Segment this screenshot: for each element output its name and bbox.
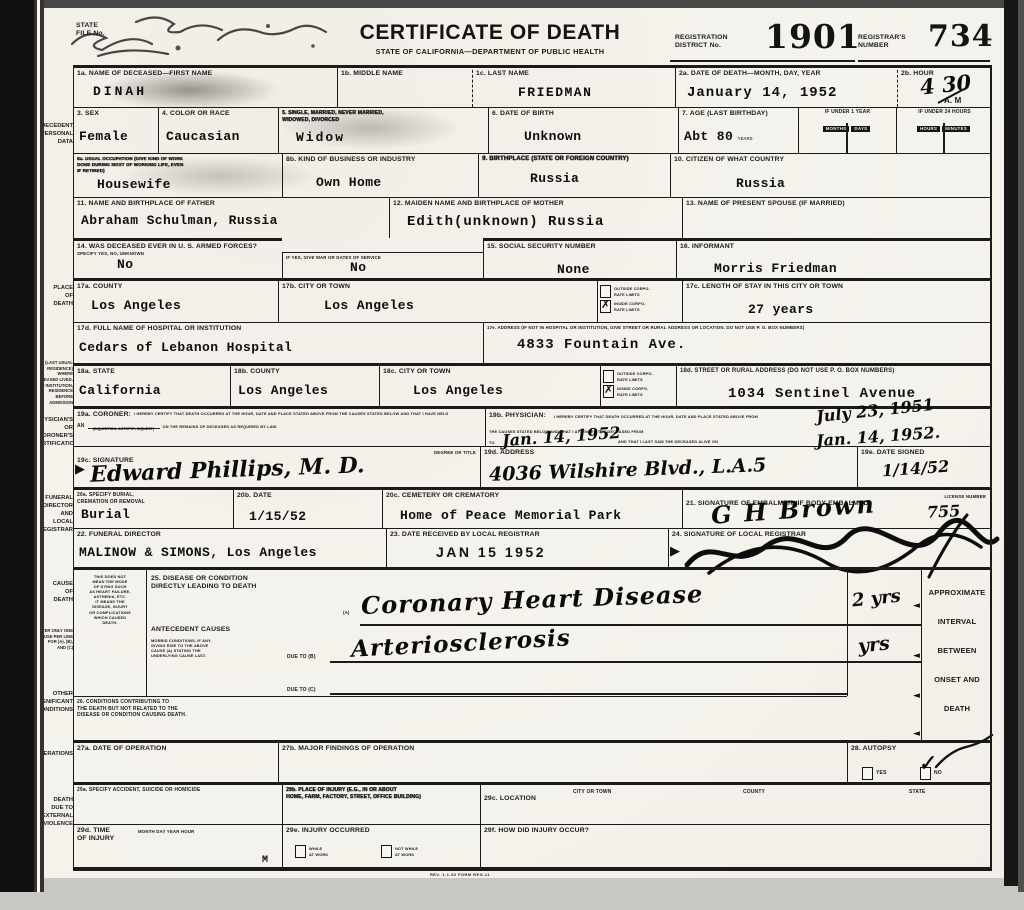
field-19c: 19c. SIGNATURE DEGREE OR TITLE ▶ Edward …: [73, 446, 480, 487]
signature-arrow-19c: ▶: [75, 463, 85, 476]
field-16-label: 16. INFORMANT: [680, 243, 989, 251]
field-4: 4. COLOR OR RACE Caucasian: [158, 107, 278, 153]
field-1a-label: 1a. NAME OF DECEASED—FIRST NAME: [77, 70, 334, 78]
field-17a-value: Los Angeles: [91, 299, 275, 314]
field-18a-label: 18a. STATE: [77, 368, 227, 376]
field-4-label: 4. COLOR OR RACE: [162, 110, 275, 118]
cause-c-underline: [330, 693, 847, 695]
scan-border-left: [0, 0, 34, 910]
antecedent-note: MORBID CONDITIONS, IF ANY, GIVING RISE T…: [151, 638, 212, 658]
field-2b-ampm: A. M: [944, 96, 962, 106]
field-4-value: Caucasian: [166, 130, 275, 145]
field-22-label: 22. FUNERAL DIRECTOR: [77, 531, 383, 539]
field-29c: 29c. LOCATION CITY OR TOWN COUNTY STATE: [480, 782, 992, 824]
field-17e-value: 4833 Fountain Ave.: [517, 337, 989, 353]
field-1c: 1c. LAST NAME FRIEDMAN: [472, 65, 675, 107]
registrar-number-label: REGISTRAR'S NUMBER: [858, 34, 906, 51]
field-17c: 17c. LENGTH OF STAY IN THIS CITY OR TOWN…: [682, 278, 992, 322]
checkbox-not-while-at-work: [381, 845, 392, 858]
due-to-c-label: DUE TO (C): [287, 687, 316, 694]
field-9-value: Russia: [530, 172, 667, 187]
field-19e-label: 19e. DATE SIGNED: [861, 449, 989, 457]
field-1a: 1a. NAME OF DECEASED—FIRST NAME DINAH: [73, 65, 337, 107]
scanned-death-certificate: STATE FILE No. CERTIFICATE OF DEATH STAT…: [0, 0, 1024, 910]
field-11-value: Abraham Schulman, Russia: [81, 214, 386, 229]
scan-white-line: [37, 0, 40, 892]
field-11: 11. NAME AND BIRTHPLACE OF FATHER Abraha…: [73, 197, 389, 238]
checkbox-autopsy-yes: [862, 767, 873, 780]
field-18c-value: Los Angeles: [413, 384, 597, 399]
field-27a-label: 27a. DATE OF OPERATION: [77, 745, 275, 753]
interval-value-column: 2 yrs yrs: [847, 567, 921, 696]
field-29c-label: 29c. LOCATION: [484, 795, 536, 803]
field-24: 24. SIGNATURE OF LOCAL REGISTRAR ▶: [668, 528, 992, 567]
under-1-year-label: IF UNDER 1 YEAR: [801, 109, 894, 116]
field-17b-value: Los Angeles: [324, 299, 594, 314]
field-29f-label: 29f. HOW DID INJURY OCCUR?: [484, 827, 989, 835]
field-15: 15. SOCIAL SECURITY NUMBER None: [483, 238, 676, 278]
field-8b-label: 8b. KIND OF BUSINESS OR INDUSTRY: [286, 156, 475, 164]
field-8a-label: 8a. USUAL OCCUPATION (GIVE KIND OF WORK …: [77, 156, 279, 174]
field-23-label: 23. DATE RECEIVED BY LOCAL REGISTRAR: [390, 531, 665, 539]
scan-border-top: [0, 0, 1024, 8]
field-7: 7. AGE (LAST BIRTHDAY) Abt 80 YEARS: [678, 107, 798, 153]
field-1b: 1b. MIDDLE NAME: [337, 65, 472, 107]
field-20a-value: Burial: [81, 508, 230, 523]
cause-a-value: Coronary Heart Disease: [361, 582, 704, 618]
days-header: DAYS: [851, 126, 870, 133]
field-3-value: Female: [79, 130, 155, 145]
antecedent-title: ANTECEDENT CAUSES: [151, 626, 230, 634]
field-5: 5. SINGLE, MARRIED, NEVER MARRIED, WIDOW…: [278, 107, 488, 153]
field-13: 13. NAME OF PRESENT SPOUSE (IF MARRIED): [682, 197, 992, 238]
field-17b-label: 17b. CITY OR TOWN: [282, 283, 594, 291]
field-10-label: 10. CITIZEN OF WHAT COUNTRY: [674, 156, 989, 164]
field-2b-value: 4 30: [919, 71, 972, 97]
inside-corporate-label-17: INSIDE CORPO- RATE LIMITS: [614, 301, 646, 311]
field-15-value: None: [557, 263, 673, 278]
field-29d-columns: MONTH DAY YEAR HOUR: [138, 829, 194, 835]
field-6-label: 6. DATE OF BIRTH: [492, 110, 675, 118]
field-18d: 18d. STREET OR RURAL ADDRESS (DO NOT USE…: [676, 363, 992, 406]
scan-border-bottom: [0, 892, 1024, 910]
field-8a: 8a. USUAL OCCUPATION (GIVE KIND OF WORK …: [73, 153, 282, 197]
cause-main: 25. DISEASE OR CONDITION DIRECTLY LEADIN…: [146, 567, 847, 696]
checkbox-outside-corporate-17: [600, 285, 611, 298]
field-20a: 20a. SPECIFY BURIAL, CREMATION OR REMOVA…: [73, 487, 233, 528]
field-20c-value: Home of Peace Memorial Park: [400, 509, 679, 524]
field-2b: 2b. HOUR 4 30 A. M: [897, 65, 992, 107]
field-20c-label: 20c. CEMETERY OR CREMATORY: [386, 492, 679, 500]
field-18a: 18a. STATE California: [73, 363, 230, 406]
autopsy-check-swoosh: [934, 733, 994, 769]
corporate-limits-17: OUTSIDE CORPO- RATE LIMITS ✗INSIDE CORPO…: [597, 278, 682, 322]
field-19a-tail: ON THE REMAINS OF DECEASED AS REQUIRED B…: [163, 424, 278, 429]
field-7-years-suffix: YEARS: [738, 136, 753, 141]
field-27b-label: 27b. MAJOR FINDINGS OF OPERATION: [282, 745, 844, 753]
header-rule: [670, 60, 855, 62]
location-county-label: COUNTY: [743, 789, 765, 796]
field-19b-text3: AND THAT I LAST SAW THE DECEASED ALIVE O…: [618, 439, 778, 444]
field-10-value: Russia: [736, 177, 989, 192]
scan-border-right: [1004, 0, 1018, 886]
field-8a-value: Housewife: [97, 178, 279, 193]
field-12: 12. MAIDEN NAME AND BIRTHPLACE OF MOTHER…: [389, 197, 682, 238]
field-18b: 18b. COUNTY Los Angeles: [230, 363, 379, 406]
interval-heading-column: APPROXIMATE INTERVAL BETWEEN ONSET AND D…: [921, 567, 992, 740]
field-19d: 19d. ADDRESS 4036 Wilshire Blvd., L.A.5: [480, 446, 857, 487]
degree-or-title-label: DEGREE OR TITLE: [434, 450, 476, 456]
field-9: 9. BIRTHPLACE (STATE OR FOREIGN COUNTRY)…: [478, 153, 670, 197]
field-19b-to-label: TO: [489, 440, 495, 445]
field-13-label: 13. NAME OF PRESENT SPOUSE (IF MARRIED): [686, 200, 989, 208]
field-20a-label: 20a. SPECIFY BURIAL, CREMATION OR REMOVA…: [77, 492, 230, 505]
field-27b: 27b. MAJOR FINDINGS OF OPERATION: [278, 740, 847, 782]
hours-header: HOURS: [917, 126, 940, 133]
checkbox-inside-corporate-18: ✗: [603, 385, 614, 398]
field-22-value: MALINOW & SIMONS, Los Angeles: [79, 546, 383, 561]
field-20b: 20b. DATE 1/15/52: [233, 487, 382, 528]
field-14-sub1: SPECIFY YES, NO, UNKNOWN: [77, 251, 279, 257]
field-5-value: Widow: [296, 131, 485, 146]
field-6: 6. DATE OF BIRTH Unknown: [488, 107, 678, 153]
field-17d-label: 17d. FULL NAME OF HOSPITAL OR INSTITUTIO…: [77, 325, 480, 333]
field-1a-value: DINAH: [93, 85, 334, 100]
field-1c-label: 1c. LAST NAME: [476, 70, 672, 78]
field-3: 3. SEX Female: [73, 107, 158, 153]
date-received-stamp: JAN 15 1952: [436, 545, 665, 559]
form-revision-note: REV. 1-1-52 FORM REG-11: [430, 872, 490, 877]
interval-a-value: 2 yrs: [851, 587, 901, 610]
cause-note-column: THIS DOES NOT MEAN THE MODE OF DYING SUC…: [73, 567, 146, 696]
location-city-label: CITY OR TOWN: [573, 789, 612, 796]
field-23: 23. DATE RECEIVED BY LOCAL REGISTRAR JAN…: [386, 528, 668, 567]
form-bottom-rule: [73, 867, 992, 871]
field-14b: IF YES, GIVE WAR OR DATES OF SERVICE No: [282, 252, 483, 278]
field-14-value2: No: [350, 261, 480, 276]
state-file-label: STATE FILE No.: [76, 22, 105, 39]
inside-corporate-label-18: INSIDE CORPO- RATE LIMITS: [617, 386, 649, 396]
field-3-label: 3. SEX: [77, 110, 155, 118]
field-22: 22. FUNERAL DIRECTOR MALINOW & SIMONS, L…: [73, 528, 386, 567]
field-14: 14. WAS DECEASED EVER IN U. S. ARMED FOR…: [73, 238, 282, 278]
field-7-label: 7. AGE (LAST BIRTHDAY): [682, 110, 795, 118]
field-10: 10. CITIZEN OF WHAT COUNTRY Russia: [670, 153, 992, 197]
field-11-label: 11. NAME AND BIRTHPLACE OF FATHER: [77, 200, 386, 208]
field-19a-an: AN: [77, 423, 85, 430]
field-19b-text1: I HEREBY CERTIFY THAT DEATH OCCURRED AT …: [554, 414, 804, 419]
cause-b-underline: [330, 661, 847, 663]
due-to-b-label: DUE TO (B): [287, 654, 316, 661]
interval-b-value: yrs: [857, 634, 891, 656]
outside-corporate-label-18: OUTSIDE CORPO- RATE LIMITS: [617, 371, 653, 381]
field-14-value1: No: [117, 258, 279, 273]
license-number-label: LICENSE NUMBER: [944, 494, 986, 500]
field-9-label: 9. BIRTHPLACE (STATE OR FOREIGN COUNTRY): [482, 156, 667, 164]
minutes-header: MINUTES: [942, 126, 970, 133]
field-29b: 29b. PLACE OF INJURY (E.G., IN OR ABOUT …: [282, 782, 480, 824]
field-19a: 19a. CORONER: I HEREBY CERTIFY THAT DEAT…: [73, 406, 485, 446]
header-rule: [858, 60, 990, 62]
field-16: 16. INFORMANT Morris Friedman: [676, 238, 992, 278]
grid-line: [846, 123, 848, 153]
field-29a-label: 29a. SPECIFY ACCIDENT, SUICIDE OR HOMICI…: [77, 787, 279, 794]
field-20b-label: 20b. DATE: [237, 492, 379, 500]
injury-not-at-work-option: NOT WHILE AT WORK: [381, 845, 418, 858]
field-17e: 17e. ADDRESS (IF NOT IN HOSPITAL OR INST…: [483, 322, 992, 363]
field-19e: 19e. DATE SIGNED 1/14/52: [857, 446, 992, 487]
x-mark: ✗: [604, 384, 613, 395]
field-1b-label: 1b. MIDDLE NAME: [341, 70, 469, 78]
field-18b-value: Los Angeles: [238, 384, 376, 399]
registration-district-number: 1901: [765, 20, 861, 53]
interval-arrow-c: ◄: [913, 692, 920, 701]
field-29d: 29d. TIME OF INJURY MONTH DAY YEAR HOUR …: [73, 824, 282, 867]
field-19a-label: 19a. CORONER:: [77, 411, 131, 419]
field-17a: 17a. COUNTY Los Angeles: [73, 278, 278, 322]
field-17d-value: Cedars of Lebanon Hospital: [79, 341, 480, 356]
field-20b-value: 1/15/52: [249, 510, 379, 525]
field-19d-label: 19d. ADDRESS: [484, 449, 854, 457]
field-26: 26. CONDITIONS CONTRIBUTING TO THE DEATH…: [73, 696, 847, 740]
certificate-subtitle: STATE OF CALIFORNIA—DEPARTMENT OF PUBLIC…: [290, 48, 690, 55]
autopsy-yes-label: YES: [876, 770, 886, 777]
autopsy-yes-option: YES: [862, 767, 886, 780]
cause-a-tag: (A): [343, 610, 350, 616]
interval-arrow-a: ◄: [913, 602, 920, 611]
inquest-note: (INQUISITION, AUTOPSY, INQUEST): [88, 428, 160, 432]
field-29e-label: 29e. INJURY OCCURRED: [286, 827, 477, 835]
field-2a-value: January 14, 1952: [687, 85, 894, 101]
field-12-label: 12. MAIDEN NAME AND BIRTHPLACE OF MOTHER: [393, 200, 679, 208]
field-17b: 17b. CITY OR TOWN Los Angeles: [278, 278, 597, 322]
field-19b: 19b. PHYSICIAN: I HEREBY CERTIFY THAT DE…: [485, 406, 992, 446]
field-17c-value: 27 years: [748, 303, 989, 318]
interval-arrow-b: ◄: [913, 652, 920, 661]
date-signed-value: 1/14/52: [882, 459, 950, 480]
interval-arrow-d: ◄: [913, 730, 920, 739]
location-state-label: STATE: [909, 789, 925, 796]
field-29d-label: 29d. TIME OF INJURY: [77, 827, 114, 844]
field-2a: 2a. DATE OF DEATH—MONTH, DAY, YEAR Janua…: [675, 65, 897, 107]
cause-note: THIS DOES NOT MEAN THE MODE OF DYING SUC…: [76, 574, 144, 625]
field-17a-label: 17a. COUNTY: [77, 283, 275, 291]
field-18d-label: 18d. STREET OR RURAL ADDRESS (DO NOT USE…: [680, 368, 989, 376]
under-24-hours-label: IF UNDER 24 HOURS: [899, 109, 990, 116]
field-29f: 29f. HOW DID INJURY OCCUR?: [480, 824, 992, 867]
cause-a-underline: [360, 624, 847, 626]
field-20c: 20c. CEMETERY OR CREMATORY Home of Peace…: [382, 487, 682, 528]
field-25-label: 25. DISEASE OR CONDITION DIRECTLY LEADIN…: [151, 575, 256, 592]
field-18c-label: 18c. CITY OR TOWN: [383, 368, 597, 376]
interval-rule: [847, 624, 921, 626]
scan-border-right-outer: [1018, 0, 1024, 910]
field-2a-label: 2a. DATE OF DEATH—MONTH, DAY, YEAR: [679, 70, 894, 78]
field-29d-stray-mark: M: [262, 855, 268, 867]
certificate-paper: STATE FILE No. CERTIFICATE OF DEATH STAT…: [30, 6, 1006, 878]
field-18d-value: 1034 Sentinel Avenue: [728, 386, 989, 402]
field-17e-label: 17e. ADDRESS (IF NOT IN HOSPITAL OR INST…: [487, 325, 967, 331]
field-17c-label: 17c. LENGTH OF STAY IN THIS CITY OR TOWN: [686, 283, 989, 291]
field-19b-label: 19b. PHYSICIAN:: [489, 412, 546, 420]
checkbox-outside-corporate-18: [603, 370, 614, 383]
physician-address: 4036 Wilshire Blvd., L.A.5: [489, 456, 767, 485]
field-26-label: 26. CONDITIONS CONTRIBUTING TO THE DEATH…: [77, 699, 844, 719]
field-8b-value: Own Home: [316, 176, 475, 191]
checkbox-while-at-work: [295, 845, 306, 858]
field-16-value: Morris Friedman: [714, 262, 989, 277]
checkbox-inside-corporate-17: ✗: [600, 300, 611, 313]
inquest-blank-line: (INQUISITION, AUTOPSY, INQUEST): [88, 420, 160, 429]
field-29a: 29a. SPECIFY ACCIDENT, SUICIDE OR HOMICI…: [73, 782, 282, 824]
registration-district-label: REGISTRATION DISTRICT No.: [675, 34, 728, 51]
outside-corporate-label-17: OUTSIDE CORPO- RATE LIMITS: [614, 286, 650, 296]
while-at-work-label: WHILE AT WORK: [309, 846, 328, 856]
field-15-label: 15. SOCIAL SECURITY NUMBER: [487, 243, 673, 251]
grid-line: [943, 123, 945, 153]
field-14-label: 14. WAS DECEASED EVER IN U. S. ARMED FOR…: [77, 243, 279, 251]
field-7-value: Abt 80: [684, 130, 733, 145]
registrar-number: 734: [928, 22, 994, 52]
x-mark: ✗: [601, 299, 610, 310]
field-5-label: 5. SINGLE, MARRIED, NEVER MARRIED, WIDOW…: [282, 110, 485, 123]
field-18c: 18c. CITY OR TOWN Los Angeles: [379, 363, 600, 406]
field-18b-label: 18b. COUNTY: [234, 368, 376, 376]
form-right-edge: [990, 65, 992, 868]
field-29e: 29e. INJURY OCCURRED WHILE AT WORK NOT W…: [282, 824, 480, 867]
corporate-limits-18: OUTSIDE CORPO- RATE LIMITS ✗INSIDE CORPO…: [600, 363, 676, 406]
field-8b: 8b. KIND OF BUSINESS OR INDUSTRY Own Hom…: [282, 153, 478, 197]
field-6-value: Unknown: [524, 130, 675, 145]
field-29b-label: 29b. PLACE OF INJURY (E.G., IN OR ABOUT …: [286, 787, 477, 800]
cause-b-value: Arteriosclerosis: [351, 626, 572, 660]
field-28: 28. AUTOPSY YES NO ✓: [847, 740, 992, 782]
field-17d: 17d. FULL NAME OF HOSPITAL OR INSTITUTIO…: [73, 322, 483, 363]
certificate-title: CERTIFICATE OF DEATH: [290, 22, 690, 43]
field-19a-text: I HEREBY CERTIFY THAT DEATH OCCURRED AT …: [77, 411, 482, 416]
interval-heading: APPROXIMATE INTERVAL BETWEEN ONSET AND D…: [925, 578, 989, 723]
interval-rule: [847, 661, 921, 663]
field-27a: 27a. DATE OF OPERATION: [73, 740, 278, 782]
injury-at-work-option: WHILE AT WORK: [295, 845, 328, 858]
field-12-value: Edith(unknown) Russia: [407, 214, 679, 230]
not-while-at-work-label: NOT WHILE AT WORK: [395, 846, 418, 856]
field-18a-value: California: [79, 384, 227, 399]
field-1c-value: FRIEDMAN: [518, 86, 672, 101]
